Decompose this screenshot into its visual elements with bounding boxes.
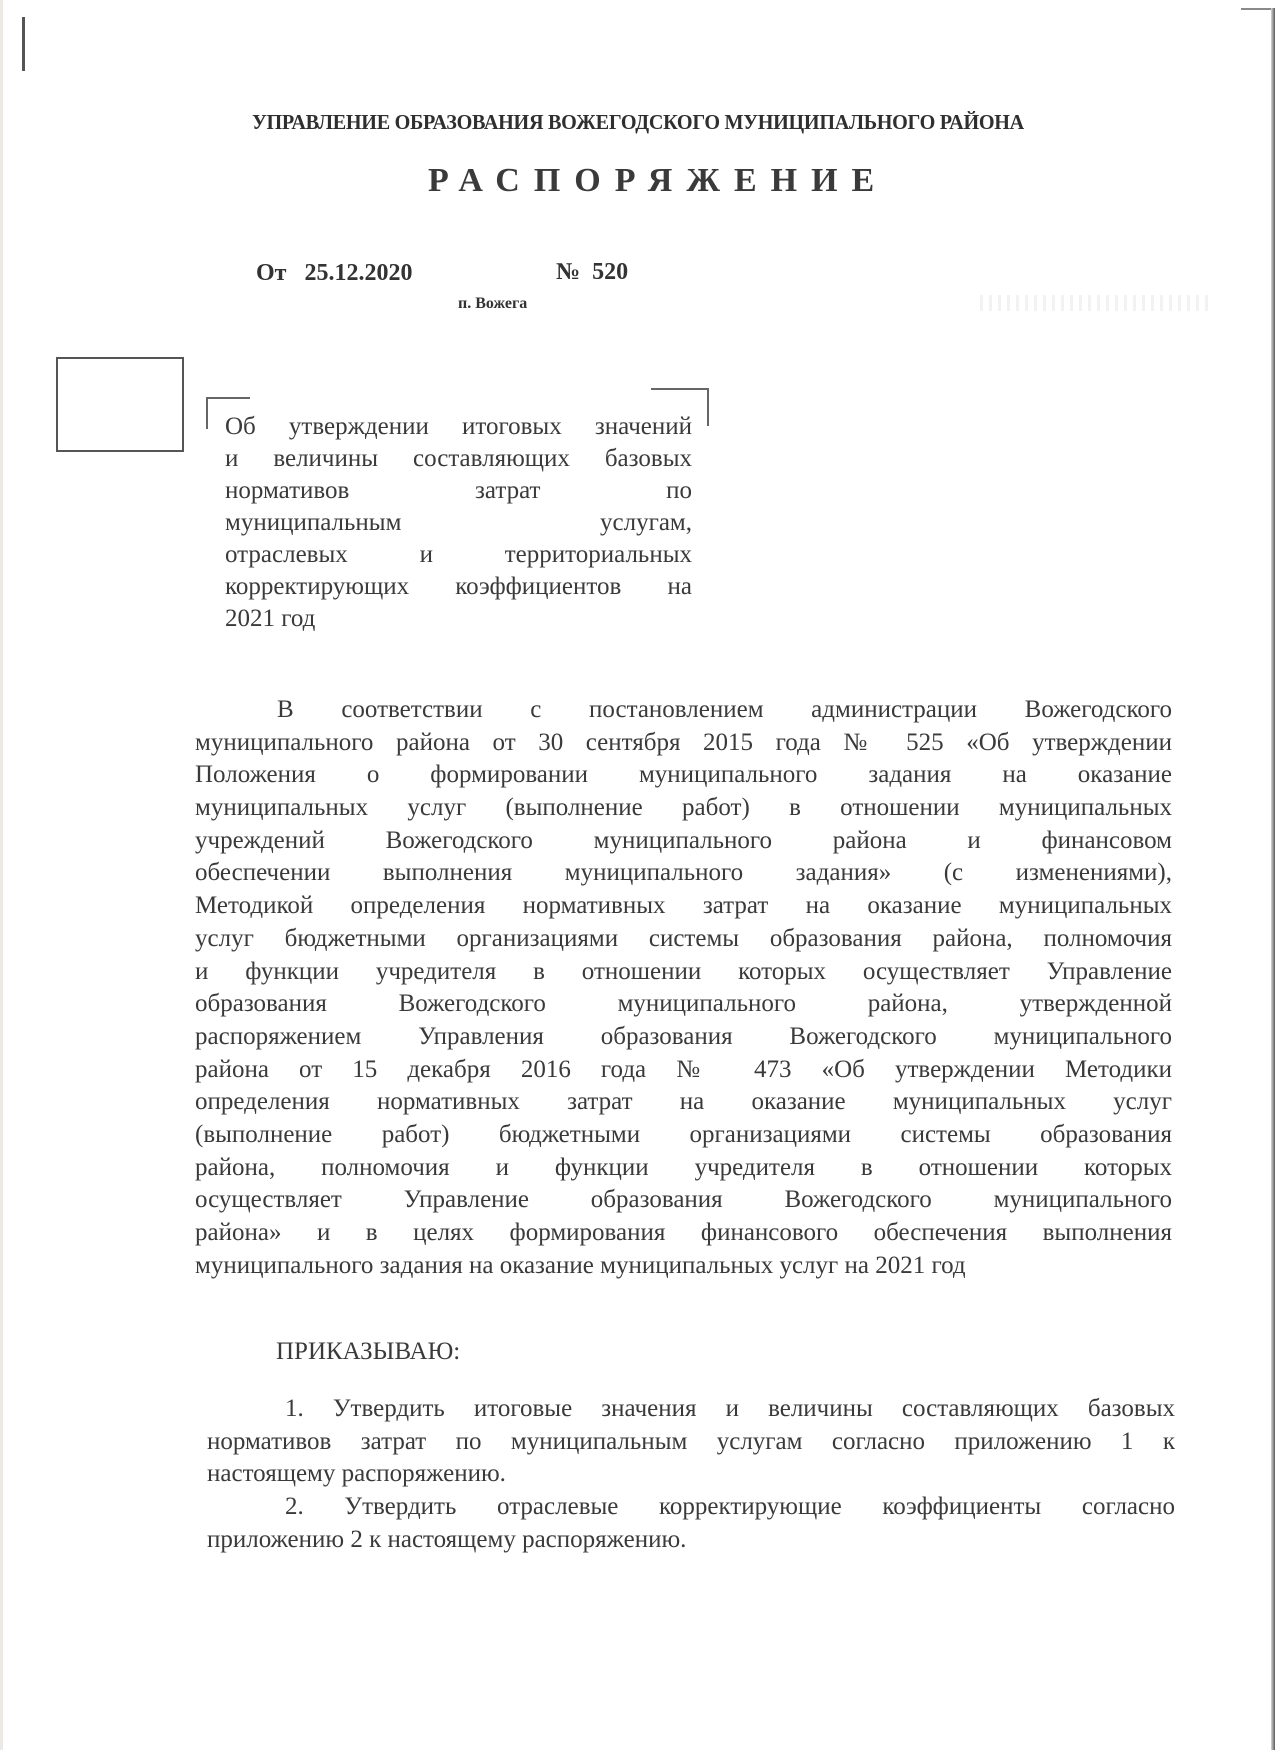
preamble-line: услуг бюджетными организациями системы о… — [195, 923, 1172, 956]
scan-mark — [22, 17, 25, 71]
scan-shadow-left — [0, 0, 3, 1750]
order-items: 1. Утвердить итоговые значения и величин… — [207, 1393, 1175, 1556]
order-item-1-line: 1. Утвердить итоговые значения и величин… — [207, 1393, 1175, 1426]
organization-name: УПРАВЛЕНИЕ ОБРАЗОВАНИЯ ВОЖЕГОДСКОГО МУНИ… — [252, 110, 1049, 135]
preamble-line: осуществляет Управление образования Воже… — [195, 1184, 1172, 1217]
subject-line: корректирующих коэффициентов на — [225, 571, 692, 603]
order-item-1-line: нормативов затрат по муниципальным услуг… — [207, 1426, 1175, 1459]
order-item-1-line: настоящему распоряжению. — [207, 1458, 1175, 1491]
number-sign: № — [556, 259, 580, 285]
preamble-line: распоряжением Управления образования Вож… — [195, 1021, 1172, 1054]
preamble-line: В соответствии с постановлением админист… — [195, 694, 1172, 727]
subject-line: нормативов затрат по — [225, 475, 692, 507]
subject-line: Об утверждении итоговых значений — [225, 411, 692, 443]
preamble-line: района, полномочия и функции учредителя … — [195, 1152, 1172, 1185]
date-label: От — [256, 260, 286, 286]
preamble-line: района от 15 декабря 2016 года № 473 «Об… — [195, 1054, 1172, 1087]
document-number: №520 — [556, 259, 628, 286]
document-subject: Об утверждении итоговых значений и велич… — [225, 411, 692, 635]
preamble-line: обеспечении выполнения муниципального за… — [195, 857, 1172, 890]
date-value: 25.12.2020 — [304, 260, 412, 286]
subject-line: и величины составляющих базовых — [225, 443, 692, 475]
preamble-paragraph: В соответствии с постановлением админист… — [195, 694, 1172, 1282]
subject-line: отраслевых и территориальных — [225, 539, 692, 571]
scan-noise — [980, 295, 1210, 311]
preamble-line: района» и в целях формирования финансово… — [195, 1217, 1172, 1250]
preamble-line: муниципальных услуг (выполнение работ) в… — [195, 792, 1172, 825]
preamble-line: муниципального района от 30 сентября 201… — [195, 727, 1172, 760]
document-date: От25.12.2020 — [256, 260, 412, 287]
page-edge-right — [1271, 8, 1275, 1750]
subject-line: муниципальным услугам, — [225, 507, 692, 539]
registration-stamp-box — [56, 357, 184, 452]
subject-line: 2021 год — [225, 603, 692, 635]
order-heading: ПРИКАЗЫВАЮ: — [276, 1338, 460, 1366]
preamble-line: Положения о формировании муниципального … — [195, 759, 1172, 792]
order-item-2-line: 2. Утвердить отраслевые корректирующие к… — [207, 1491, 1175, 1524]
page-edge-top — [1241, 8, 1271, 10]
number-value: 520 — [592, 259, 628, 285]
preamble-line: Методикой определения нормативных затрат… — [195, 890, 1172, 923]
preamble-line: образования Вожегодского муниципального … — [195, 988, 1172, 1021]
order-item-2-line: приложению 2 к настоящему распоряжению. — [207, 1524, 1175, 1557]
document-type-title: РАСПОРЯЖЕНИЕ — [428, 162, 888, 200]
preamble-line: муниципального задания на оказание муниц… — [195, 1250, 1172, 1283]
preamble-line: (выполнение работ) бюджетными организаци… — [195, 1119, 1172, 1152]
preamble-line: и функции учредителя в отношении которых… — [195, 956, 1172, 989]
document-place: п. Вожега — [458, 295, 527, 313]
preamble-line: учреждений Вожегодского муниципального р… — [195, 825, 1172, 858]
preamble-line: определения нормативных затрат на оказан… — [195, 1086, 1172, 1119]
